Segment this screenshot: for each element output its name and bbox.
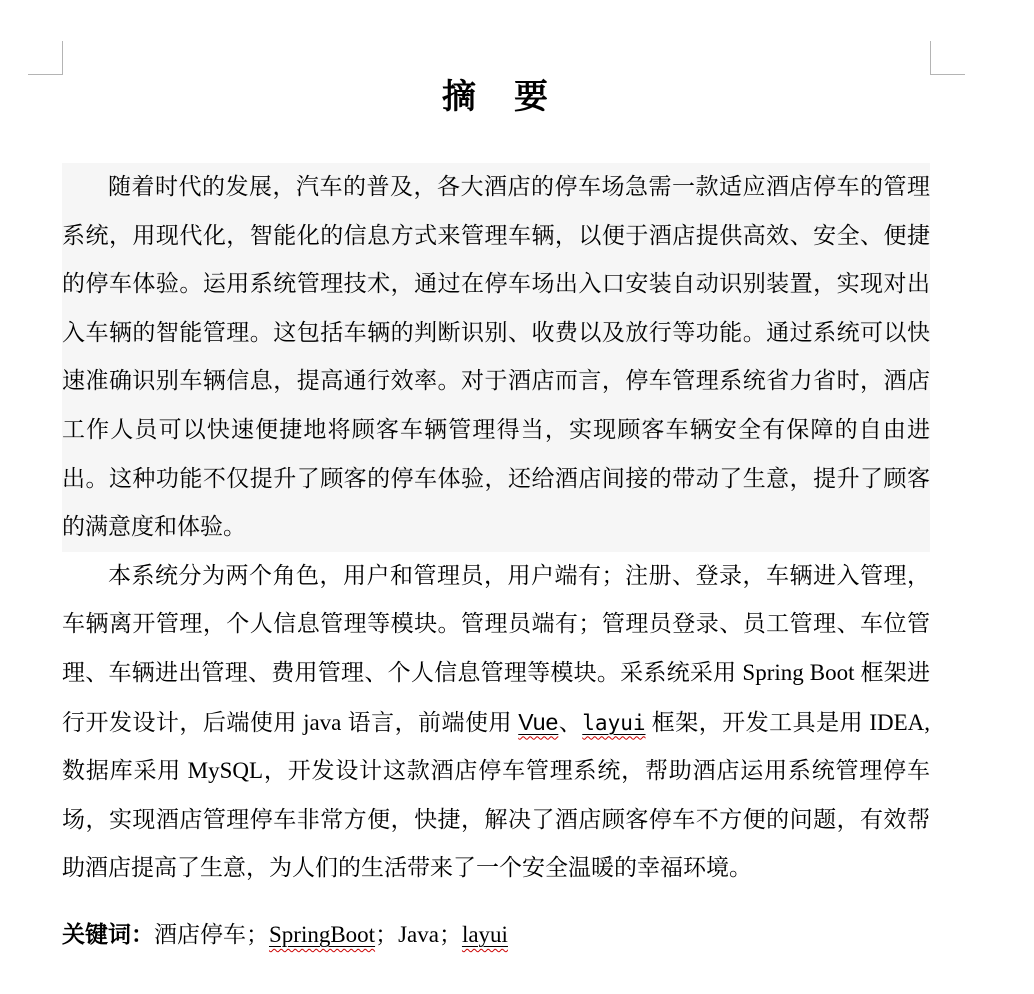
- text-run: 酒店停车；: [154, 922, 269, 947]
- misspelled-term: Vue: [518, 709, 558, 735]
- misspelled-term: SpringBoot: [269, 922, 375, 947]
- abstract-title: 摘 要: [62, 76, 930, 120]
- keywords-list: 酒店停车；SpringBoot；Java；layui: [154, 922, 508, 947]
- misspelled-term: layui: [582, 711, 645, 735]
- spellcheck-squiggle: SpringBoot: [269, 922, 375, 947]
- text-run: 随着时代的发展，汽车的普及，各大酒店的停车场急需一款适应酒店停车的管理系统，用现…: [62, 174, 930, 539]
- document-page: 摘 要 随着时代的发展，汽车的普及，各大酒店的停车场急需一款适应酒店停车的管理系…: [0, 0, 1034, 994]
- top-left-margin-crop-mark: [28, 41, 63, 75]
- abstract-body: 随着时代的发展，汽车的普及，各大酒店的停车场急需一款适应酒店停车的管理系统，用现…: [62, 163, 930, 893]
- abstract-paragraph-1: 随着时代的发展，汽车的普及，各大酒店的停车场急需一款适应酒店停车的管理系统，用现…: [62, 163, 930, 552]
- keywords-label: 关键词：: [62, 921, 154, 947]
- abstract-paragraph-2: 本系统分为两个角色，用户和管理员，用户端有；注册、登录，车辆进入管理，车辆离开管…: [62, 552, 930, 893]
- misspelled-term: layui: [462, 922, 508, 947]
- page-content: 摘 要 随着时代的发展，汽车的普及，各大酒店的停车场急需一款适应酒店停车的管理系…: [62, 76, 930, 952]
- spellcheck-squiggle: Vue: [518, 709, 558, 735]
- text-run: ；Java；: [375, 922, 462, 947]
- keywords-line: 关键词：酒店停车；SpringBoot；Java；layui: [62, 917, 930, 952]
- spellcheck-squiggle: layui: [462, 922, 508, 947]
- text-run: 框架，开发工具是用 IDEA,数据库采用 MySQL，开发设计这款酒店停车管理系…: [62, 710, 930, 881]
- spellcheck-squiggle: layui: [582, 711, 645, 735]
- top-right-margin-crop-mark: [930, 41, 965, 75]
- text-run: 、: [558, 710, 582, 735]
